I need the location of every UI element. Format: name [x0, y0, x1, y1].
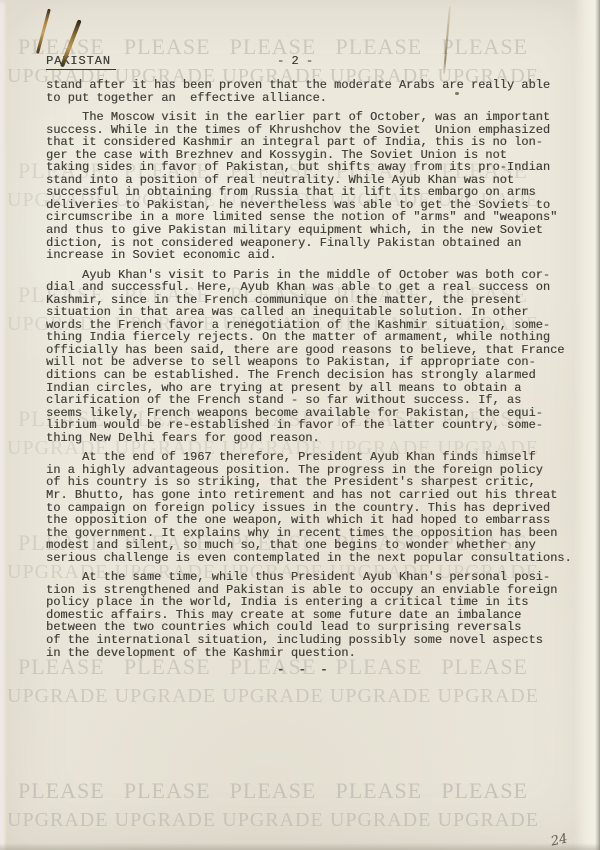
watermark-word: UPGRADE	[222, 686, 323, 706]
page-number: - 2 -	[277, 55, 313, 68]
page-edge-right	[574, 0, 600, 850]
watermark-word: UPGRADE	[330, 810, 431, 830]
watermark-row: PLEASEPLEASEPLEASEPLEASEPLEASE	[18, 780, 528, 802]
stain-scratch-right	[443, 6, 451, 74]
handwritten-page-number: 24	[550, 831, 569, 849]
end-mark: - - -	[277, 664, 327, 677]
watermark-word: UPGRADE	[222, 810, 323, 830]
stain-mark-left-1	[36, 9, 51, 54]
watermark-word: UPGRADE	[330, 686, 431, 706]
page-edge-left	[0, 0, 7, 850]
watermark-word: UPGRADE	[438, 686, 539, 706]
page-edge-bottom	[0, 843, 600, 850]
paragraph-moscow-visit: The Moscow visit in the earlier part of …	[46, 111, 572, 262]
watermark-word: PLEASE	[335, 780, 422, 802]
paragraph-continuation: stand after it has been proven that the …	[46, 79, 572, 104]
watermark-word: UPGRADE	[115, 686, 216, 706]
paragraph-paris-visit: Ayub Khan's visit to Paris in the middle…	[46, 269, 572, 445]
page-title: PAKISTAN	[46, 55, 116, 70]
paragraph-end-of-1967: At the end of 1967 therefore, President …	[46, 451, 572, 564]
page-edge-top	[0, 0, 600, 6]
watermark-word: UPGRADE	[7, 686, 108, 706]
watermark-word: PLEASE	[441, 780, 528, 802]
document-page: PLEASEPLEASEPLEASEPLEASEPLEASEUPGRADEUPG…	[0, 0, 600, 850]
watermark-word: UPGRADE	[7, 810, 108, 830]
watermark-word: PLEASE	[124, 780, 211, 802]
watermark-word: PLEASE	[18, 780, 105, 802]
watermark-word: PLEASE	[230, 780, 317, 802]
watermark-word: PLEASE	[335, 36, 422, 58]
paragraph-same-time: At the same time, while thus President A…	[46, 571, 572, 659]
watermark-row: UPGRADEUPGRADEUPGRADEUPGRADEUPGRADE	[7, 810, 539, 830]
document-body: stand after it has been proven that the …	[46, 79, 572, 666]
watermark-row: UPGRADEUPGRADEUPGRADEUPGRADEUPGRADE	[7, 686, 539, 706]
watermark-word: UPGRADE	[115, 810, 216, 830]
watermark-word: PLEASE	[124, 36, 211, 58]
watermark-word: UPGRADE	[438, 810, 539, 830]
watermark-word: PLEASE	[441, 36, 528, 58]
